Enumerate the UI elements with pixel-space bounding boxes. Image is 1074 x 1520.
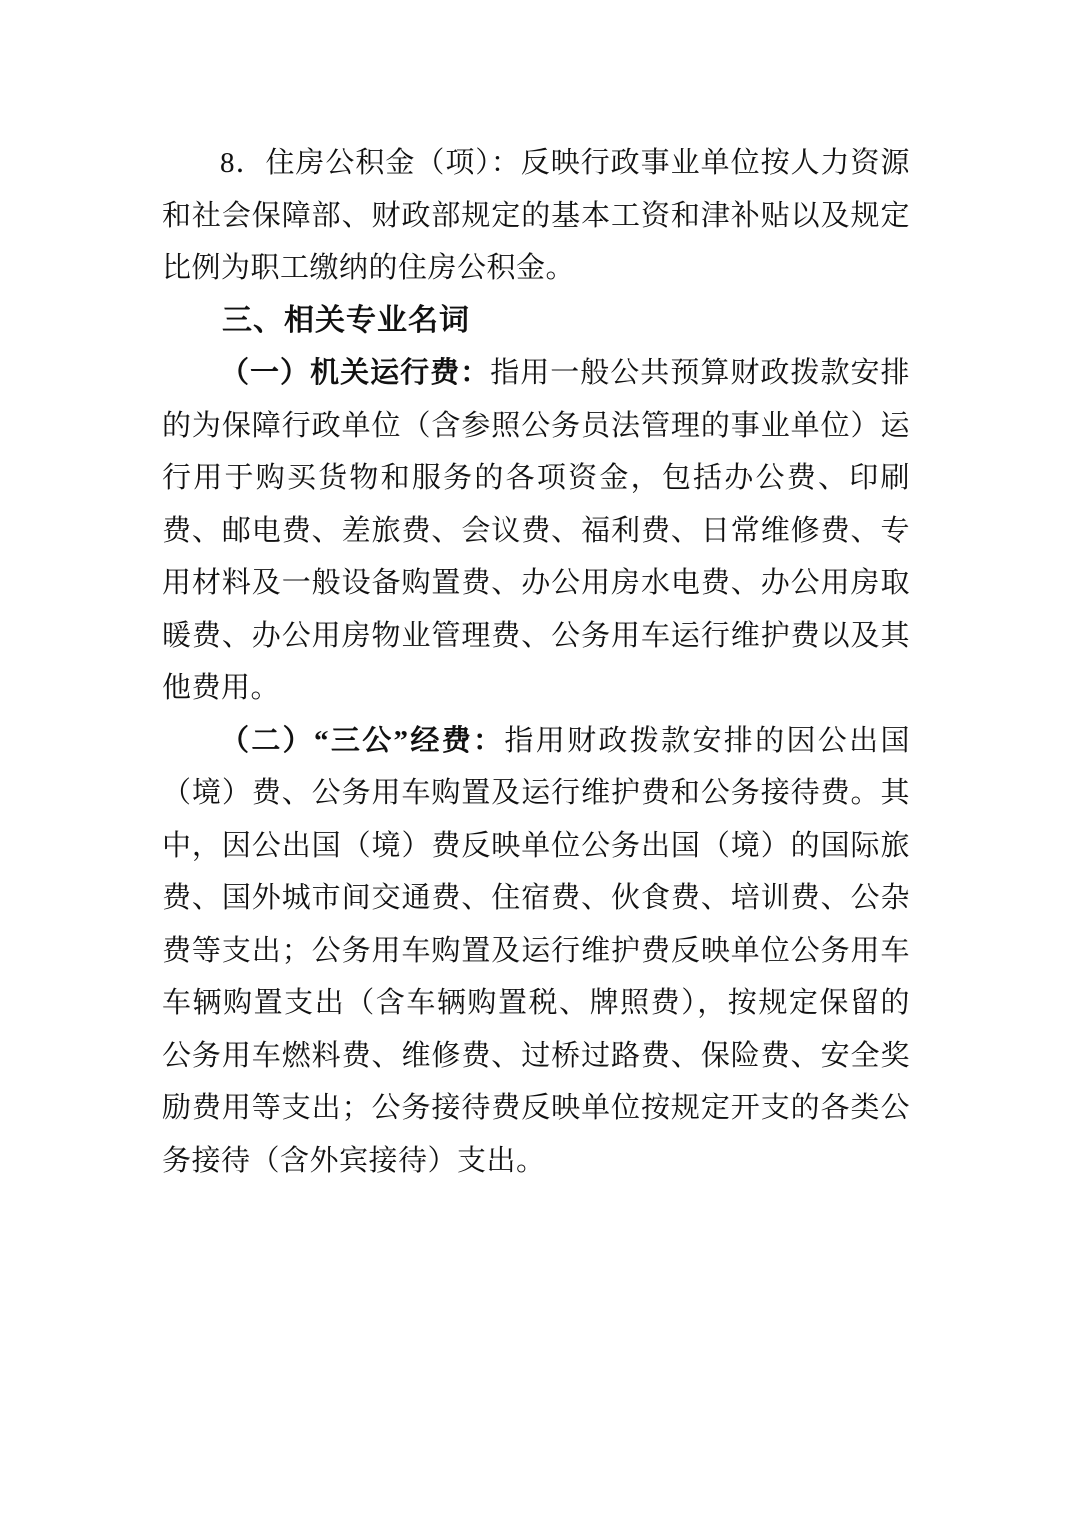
term-label-agency-operating-cost: （一）机关运行费： — [220, 357, 490, 389]
term-definition-three-public-expenses: 指用财政拨款安排的因公出国（境）费、公务用车购置及运行维护费和公务接待费。其中，… — [162, 725, 910, 1177]
section-heading-related-terms: 三、相关专业名词 — [162, 295, 910, 348]
term-definition-agency-operating-cost: 指用一般公共预算财政拨款安排的为保障行政单位（含参照公务员法管理的事业单位）运行… — [162, 357, 910, 704]
term-label-three-public-expenses: （二）“三公”经费： — [220, 725, 504, 757]
document-page: 8．住房公积金（项）：反映行政事业单位按人力资源和社会保障部、财政部规定的基本工… — [0, 0, 1074, 1520]
paragraph-housing-fund: 8．住房公积金（项）：反映行政事业单位按人力资源和社会保障部、财政部规定的基本工… — [162, 137, 910, 295]
paragraph-term-three-public-expenses: （二）“三公”经费：指用财政拨款安排的因公出国（境）费、公务用车购置及运行维护费… — [162, 715, 910, 1188]
paragraph-term-agency-operating-cost: （一）机关运行费：指用一般公共预算财政拨款安排的为保障行政单位（含参照公务员法管… — [162, 347, 910, 715]
document-body: 8．住房公积金（项）：反映行政事业单位按人力资源和社会保障部、财政部规定的基本工… — [162, 137, 910, 1187]
